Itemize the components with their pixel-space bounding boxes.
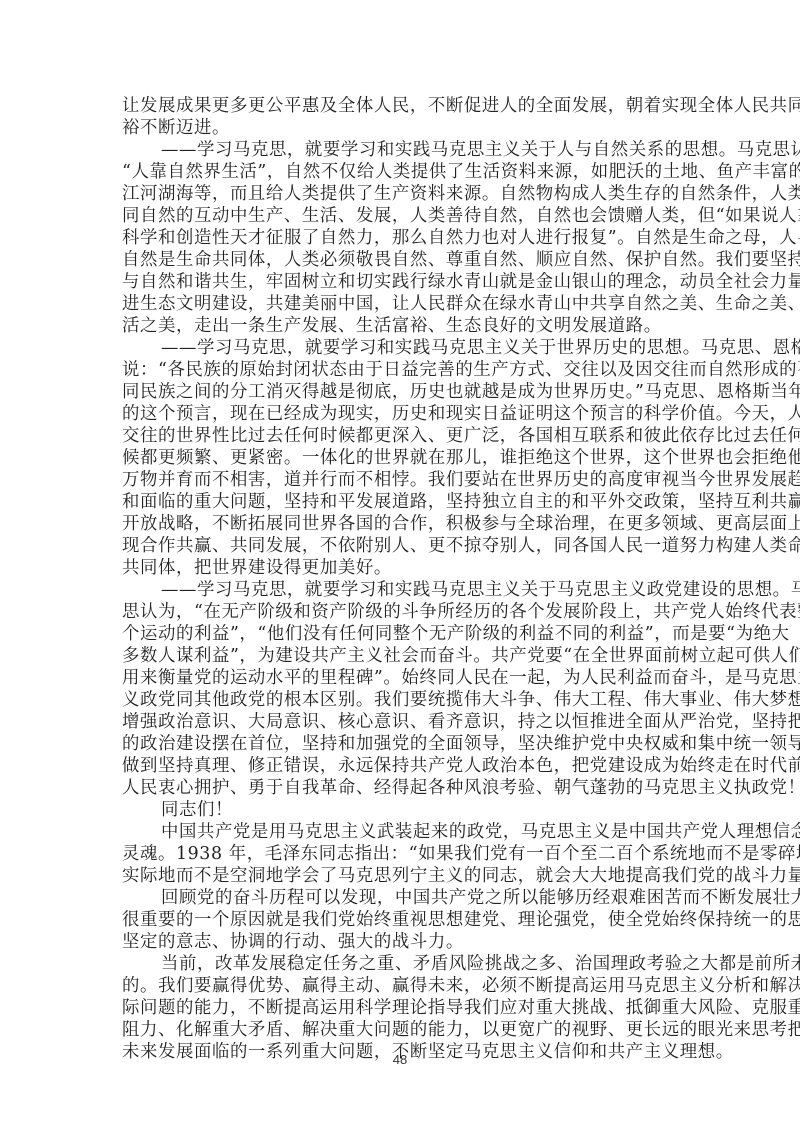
text-line: 进生态文明建设，共建美丽中国，让人民群众在绿水青山中共享自然之美、生命之美、生 (122, 293, 682, 315)
text-line: 的。我们要赢得优势、赢得主动、赢得未来，必须不断提高运用马克思主义分析和解决实 (122, 975, 682, 997)
paragraph-party-building: ——学习马克思，就要学习和实践马克思主义关于马克思主义政党建设的思想。马克 思认… (122, 579, 682, 799)
text-line: 开放战略，不断拓展同世界各国的合作，积极参与全球治理，在更多领域、更高层面上实 (122, 513, 682, 535)
text-line: 万物并育而不相害，道并行而不相悖。我们要站在世界历史的高度审视当今世界发展趋势 (122, 469, 682, 491)
text-line: 中国共产党是用马克思主义武装起来的政党，马克思主义是中国共产党人理想信念的 (122, 821, 682, 843)
paragraph-party-history: 回顾党的奋斗历程可以发现，中国共产党之所以能够历经艰难困苦而不断发展壮大， 很重… (122, 887, 682, 953)
document-page-body: 让发展成果更多更公平惠及全体人民，不断促进人的全面发展，朝着实现全体人民共同富 … (122, 95, 682, 1063)
text-line: 人民衷心拥护、勇于自我革命、经得起各种风浪考验、朝气蓬勃的马克思主义执政党！ (122, 777, 682, 799)
text-line: 说：“各民族的原始封闭状态由于日益完善的生产方式、交往以及因交往而自然形成的不 (122, 359, 682, 381)
text-line: 实际地而不是空洞地学会了马克思列宁主义的同志，就会大大地提高我们党的战斗力量。” (122, 865, 682, 887)
text-line: 现合作共赢、共同发展，不依附别人、更不掠夺别人，同各国人民一道努力构建人类命运 (122, 535, 682, 557)
text-line: 回顾党的奋斗历程可以发现，中国共产党之所以能够历经艰难困苦而不断发展壮大， (122, 887, 682, 909)
paragraph-salutation: 同志们！ (122, 799, 682, 821)
text-line: 江河湖海等，而且给人类提供了生产资料来源。自然物构成人类生存的自然条件，人类在 (122, 183, 682, 205)
text-line: 当前，改革发展稳定任务之重、矛盾风险挑战之多、治国理政考验之大都是前所未有 (122, 953, 682, 975)
text-line: 灵魂。1938 年，毛泽东同志指出：“如果我们党有一百个至二百个系统地而不是零碎… (122, 843, 682, 865)
text-line: 共同体，把世界建设得更加美好。 (122, 557, 682, 579)
paragraph-nature: ——学习马克思，就要学习和实践马克思主义关于人与自然关系的思想。马克思认为， “… (122, 139, 682, 337)
text-line: 做到坚持真理、修正错误，永远保持共产党人政治本色，把党建设成为始终走在时代前列、 (122, 755, 682, 777)
text-line: 阻力、化解重大矛盾、解决重大问题的能力，以更宽广的视野、更长远的眼光来思考把握 (122, 1019, 682, 1041)
text-line: 用来衡量党的运动水平的里程碑”。始终同人民在一起，为人民利益而奋斗，是马克思主 (122, 667, 682, 689)
text-line: 和面临的重大问题，坚持和平发展道路，坚持独立自主的和平外交政策，坚持互利共赢的 (122, 491, 682, 513)
paragraph-1: 让发展成果更多更公平惠及全体人民，不断促进人的全面发展，朝着实现全体人民共同富 … (122, 95, 682, 139)
text-line: 个运动的利益”，“他们没有任何同整个无产阶级的利益不同的利益”，而是要“为绝大 (122, 623, 682, 645)
text-line: 很重要的一个原因就是我们党始终重视思想建党、理论强党，使全党始终保持统一的思想、 (122, 909, 682, 931)
text-line: 多数人谋利益”，为建设共产主义社会而奋斗。共产党要“在全世界面前树立起可供人们 (122, 645, 682, 667)
paragraph-marxism-soul: 中国共产党是用马克思主义武装起来的政党，马克思主义是中国共产党人理想信念的 灵魂… (122, 821, 682, 887)
text-line: 让发展成果更多更公平惠及全体人民，不断促进人的全面发展，朝着实现全体人民共同富 (122, 95, 682, 117)
text-line: 同志们！ (122, 799, 682, 821)
text-line: ——学习马克思，就要学习和实践马克思主义关于人与自然关系的思想。马克思认为， (122, 139, 682, 161)
text-line: 科学和创造性天才征服了自然力，那么自然力也对人进行报复”。自然是生命之母，人与 (122, 227, 682, 249)
text-line: 增强政治意识、大局意识、核心意识、看齐意识，持之以恒推进全面从严治党，坚持把党 (122, 711, 682, 733)
text-line: 同自然的互动中生产、生活、发展，人类善待自然，自然也会馈赠人类，但“如果说人靠 (122, 205, 682, 227)
text-line: 的政治建设摆在首位，坚持和加强党的全面领导，坚决维护党中央权威和集中统一领导， (122, 733, 682, 755)
text-line: 裕不断迈进。 (122, 117, 682, 139)
text-line: 思认为，“在无产阶级和资产阶级的斗争所经历的各个发展阶段上，共产党人始终代表整 (122, 601, 682, 623)
text-line: 候都更频繁、更紧密。一体化的世界就在那儿，谁拒绝这个世界，这个世界也会拒绝他。 (122, 447, 682, 469)
text-line: ——学习马克思，就要学习和实践马克思主义关于世界历史的思想。马克思、恩格斯 (122, 337, 682, 359)
text-line: 交往的世界性比过去任何时候都更深入、更广泛，各国相互联系和彼此依存比过去任何时 (122, 425, 682, 447)
text-line: 与自然和谐共生，牢固树立和切实践行绿水青山就是金山银山的理念，动员全社会力量推 (122, 271, 682, 293)
text-line: ——学习马克思，就要学习和实践马克思主义关于马克思主义政党建设的思想。马克 (122, 579, 682, 601)
text-line: 际问题的能力，不断提高运用科学理论指导我们应对重大挑战、抵御重大风险、克服重大 (122, 997, 682, 1019)
text-line: 坚定的意志、协调的行动、强大的战斗力。 (122, 931, 682, 953)
text-line: 活之美，走出一条生产发展、生活富裕、生态良好的文明发展道路。 (122, 315, 682, 337)
text-line: 自然是生命共同体，人类必须敬畏自然、尊重自然、顺应自然、保护自然。我们要坚持人 (122, 249, 682, 271)
paragraph-current-tasks: 当前，改革发展稳定任务之重、矛盾风险挑战之多、治国理政考验之大都是前所未有 的。… (122, 953, 682, 1063)
text-line: “人靠自然界生活”，自然不仅给人类提供了生活资料来源，如肥沃的土地、鱼产丰富的 (122, 161, 682, 183)
text-line: 同民族之间的分工消灭得越是彻底，历史也就越是成为世界历史。”马克思、恩格斯当年 (122, 381, 682, 403)
text-line: 的这个预言，现在已经成为现实，历史和现实日益证明这个预言的科学价值。今天，人类 (122, 403, 682, 425)
text-line: 义政党同其他政党的根本区别。我们要统揽伟大斗争、伟大工程、伟大事业、伟大梦想， (122, 689, 682, 711)
page-number: 48 (0, 1052, 800, 1067)
paragraph-world-history: ——学习马克思，就要学习和实践马克思主义关于世界历史的思想。马克思、恩格斯 说：… (122, 337, 682, 579)
